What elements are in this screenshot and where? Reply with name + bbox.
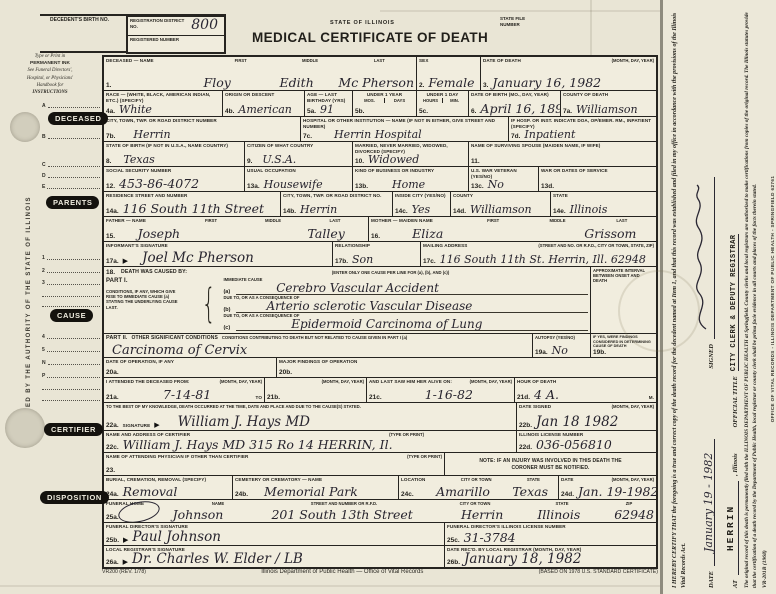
mailing-address-value: 116 South 11th St. Herrin, Ill. 62948	[440, 254, 646, 265]
brace-glyph: {	[202, 277, 216, 333]
field-number: 8.	[106, 158, 111, 165]
arrow-marker-icon: ▶	[154, 422, 159, 429]
col-label: LAST	[345, 58, 414, 63]
section-label-cause: CAUSE	[50, 309, 93, 322]
coroner-note-box: NOTE: IF AN INJURY WAS INVOLVED IN THIS …	[444, 453, 656, 475]
instruction-line: Type or Print in	[8, 53, 92, 60]
date-label: DATE	[708, 571, 715, 588]
signature-label: SIGNATURE	[123, 423, 151, 429]
index-dots	[42, 296, 100, 297]
local-registrar-signature-value: Dr. Charles W. Elder / LB	[132, 553, 303, 567]
official-title-value: CITY CLERK & DEPUTY REGISTRAR	[730, 235, 739, 372]
field-date-of-death: DATE OF DEATH(MONTH, DAY, YEAR) 3.Januar…	[480, 57, 656, 90]
field-sublabel: (MONTH, DAY, YEAR)	[612, 58, 654, 63]
part2-note: CONDITIONS CONTRIBUTING TO DEATH BUT NOT…	[222, 335, 407, 340]
field-number: 13c.	[471, 183, 484, 190]
form-number: VR200 (REV. 1/78)	[102, 569, 146, 575]
marital-status-value: Widowed	[368, 154, 419, 165]
field-citizen-of: CITIZEN OF WHAT COUNTRY 9.U.S.A.	[244, 142, 352, 166]
autopsy-value: No	[552, 345, 568, 356]
cause-main: 18. DEATH WAS CAUSED BY: (ENTER ONLY ONE…	[104, 267, 590, 333]
funeral-home-zip-value: 62948	[614, 509, 654, 522]
field-last-saw-alive: AND LAST SAW HIM HER ALIVE ON:(MONTH, DA…	[366, 378, 514, 402]
col-label: NAME	[178, 501, 258, 506]
field-number: 20a.	[106, 369, 119, 376]
field-sublabel: (TYPE OR PRINT)	[389, 432, 424, 437]
index-mark: 4	[42, 334, 100, 340]
col-label: FIRST	[206, 58, 275, 63]
arrow-marker-icon: ▶	[123, 559, 128, 566]
punch-hole	[10, 112, 40, 142]
col-label: STATE	[527, 477, 540, 482]
location-city-value: Amarillo	[418, 486, 509, 499]
residence-city-value: Herrin	[300, 204, 337, 215]
based-on-note: (BASED ON 1978 U.S. STANDARD CERTIFICATE…	[539, 569, 658, 575]
instruction-line: INSTRUCTIONS	[8, 89, 92, 96]
field-illinois-license: ILLINOIS LICENSE NUMBER 22d.036-056810	[516, 431, 656, 452]
father-first-value: Joseph	[119, 228, 199, 241]
registered-number-label: REGISTERED NUMBER	[130, 37, 190, 43]
row-informant: INFORMANT'S SIGNATURE 17a.▶Joel Mc Phers…	[104, 241, 656, 266]
field-residence-street: RESIDENCE STREET AND NUMBER 14a.116 Sout…	[104, 192, 280, 216]
field-attended-from: I ATTENDED THE DECEASED FROM:(MONTH, DAY…	[104, 378, 264, 402]
field-cemetery: CEMETERY OR CREMATORY — NAME 24b.Memoria…	[232, 476, 398, 499]
signed-label: SIGNED	[708, 344, 715, 369]
field-residence-city: CITY, TOWN, TWP. OR ROAD DISTRICT NO. 14…	[280, 192, 392, 216]
index-mark: A	[42, 103, 100, 109]
funeral-home-name-value: Johnson	[173, 509, 224, 522]
index-mark: D	[42, 173, 100, 179]
field-number: 21b.	[267, 394, 280, 401]
cause-of-death-section: 18. DEATH WAS CAUSED BY: (ENTER ONLY ONE…	[104, 266, 656, 333]
row-certifier-address: NAME AND ADDRESS OF CERTIFIER(TYPE OR PR…	[104, 430, 656, 452]
disposition-date-value: Jan. 19-1982	[578, 486, 656, 499]
field-origin: ORIGIN OR DESCENT 4b.American	[222, 91, 304, 116]
last-name-value: Mc Pherson	[338, 77, 414, 90]
field-number: 9.	[247, 158, 252, 165]
form-footer: VR200 (REV. 1/78) Illinois Department of…	[102, 569, 658, 575]
row-disposition: BURIAL, CREMATION, REMOVAL (SPECIFY) 24a…	[104, 475, 656, 499]
field-number: 22a.	[106, 422, 119, 429]
field-number: 21c.	[369, 394, 382, 401]
department-line: Illinois Department of Public Health — O…	[261, 569, 423, 575]
field-number: 19a.	[535, 349, 548, 356]
attended-from-value: 7-14-81	[123, 389, 252, 402]
decedent-birth-no-label: DECEDENT'S BIRTH NO.	[50, 17, 109, 23]
field-number: 22b.	[519, 422, 532, 429]
field-sublabel: (MONTH, DAY, YEAR)	[220, 379, 262, 384]
funeral-home-state-value: Illinois	[537, 509, 580, 522]
field-number: 24c.	[401, 491, 414, 498]
official-title-label: OFFICIAL TITLE	[732, 376, 739, 427]
funeral-home-city-value: Herrin	[461, 509, 503, 522]
field-mother-name: MOTHER — MAIDEN NAMEFIRSTMIDDLELAST 16.E…	[368, 217, 656, 241]
part2-label: PART II.	[106, 335, 127, 342]
disposition-type-value: Removal	[123, 486, 178, 499]
field-certifier-signature: TO THE BEST OF MY KNOWLEDGE, DEATH OCCUR…	[104, 403, 516, 430]
instruction-line: Handbook for	[8, 82, 92, 89]
index-mark: P	[42, 373, 100, 379]
field-number: 10.	[355, 158, 364, 165]
band-form-number: VR-201B (1968)	[762, 10, 768, 588]
row-race-age: RACE — (WHITE, BLACK, AMERICAN INDIAN, E…	[104, 90, 656, 116]
col-label: STATE	[522, 501, 602, 506]
col-label: CITY OR TOWN	[461, 477, 492, 482]
col-label: MIDDLE	[525, 218, 589, 223]
field-number: 13b.	[355, 183, 368, 190]
index-mark: N	[42, 360, 100, 366]
row-funeral-director: FUNERAL DIRECTOR'S SIGNATURE 25b.▶Paul J…	[104, 522, 656, 545]
field-number: 22c.	[106, 444, 119, 451]
index-dots	[42, 400, 100, 401]
field-number: 24d.	[561, 491, 574, 498]
sex-value: Female	[428, 77, 474, 90]
field-disposition-type: BURIAL, CREMATION, REMOVAL (SPECIFY) 24a…	[104, 476, 232, 499]
col-label: STREET AND NUMBER OR R.F.D.	[260, 501, 428, 506]
col-label: CITY OR TOWN	[430, 501, 520, 506]
field-disposition-date: DATE(MONTH, DAY, YEAR) 24d.Jan. 19-1982	[558, 476, 656, 499]
field-number: 15.	[106, 233, 115, 240]
field-number: 25b.	[106, 537, 119, 544]
field-number: 11.	[471, 158, 480, 165]
field-funeral-director-license: FUNERAL DIRECTOR'S ILLINOIS LICENSE NUMB…	[444, 523, 656, 545]
row-residence: RESIDENCE STREET AND NUMBER 14a.116 Sout…	[104, 191, 656, 216]
field-operation-date: DATE OF OPERATION, IF ANY 20a.	[104, 358, 276, 377]
field-label: AGE — LAST BIRTHDAY (YRS)	[307, 92, 350, 103]
city-of-death-value: Herrin	[133, 129, 170, 140]
cause-note: (ENTER ONLY ONE CAUSE PER LINE FOR (a), …	[193, 270, 588, 275]
field-number: 25a.	[106, 514, 119, 521]
field-under-1-day: UNDER 1 DAY HOURSMIN. 5c.	[416, 91, 468, 116]
field-business: KIND OF BUSINESS OR INDUSTRY 13b.Home	[352, 167, 468, 191]
field-number: 13d.	[541, 183, 554, 190]
certificate-form: DECEASED — NAMEFIRSTMIDDLELAST 1.FloyEdi…	[102, 55, 658, 569]
field-disposition-location: LOCATIONCITY OR TOWNSTATE 24c.AmarilloTe…	[398, 476, 558, 499]
field-relationship: RELATIONSHIP 17b.Son	[332, 242, 420, 266]
row-name: DECEASED — NAMEFIRSTMIDDLELAST 1.FloyEdi…	[104, 57, 656, 90]
business-value: Home	[392, 179, 425, 190]
arrow-marker-icon: ▶	[123, 258, 128, 265]
field-other-significant-conditions: PART II. OTHER SIGNIFICANT CONDITIONS CO…	[104, 334, 532, 357]
field-sublabel: (MONTH, DAY, YEAR)	[470, 379, 512, 384]
embossed-seal	[618, 270, 700, 352]
field-label: RACE — (WHITE, BLACK, AMERICAN INDIAN, E…	[106, 92, 220, 103]
field-race: RACE — (WHITE, BLACK, AMERICAN INDIAN, E…	[104, 91, 222, 116]
field-city-of-death: CITY, TOWN, TWP. OR ROAD DISTRICT NUMBER…	[104, 117, 300, 141]
cause-line-c: (c)Epidermoid Carcinoma of Lung	[223, 318, 588, 331]
field-inside-city: INSIDE CITY (YES/NO) 14c.Yes	[392, 192, 450, 216]
field-number: 4b.	[225, 108, 234, 115]
first-name-value: Floy	[179, 77, 254, 90]
funeral-director-license-value: 31-3784	[464, 532, 516, 545]
field-autopsy: AUTOPSY (YES/NO) 19a.No	[532, 334, 590, 357]
index-mark: 2	[42, 268, 100, 274]
field-war-service: WAR OR DATES OF SERVICE 13d.	[538, 167, 656, 191]
index-mark: B	[42, 134, 100, 140]
field-attending-physician: NAME OF ATTENDING PHYSICIAN IF OTHER THA…	[104, 453, 444, 475]
origin-value: American	[238, 104, 291, 115]
field-number: 13a.	[247, 183, 260, 190]
registered-number-cell: REGISTERED NUMBER	[128, 36, 224, 44]
field-number: 7b.	[106, 133, 115, 140]
field-number: 16.	[371, 233, 380, 240]
certifier-address-value: William J. Hays MD 315 Ro 14 HERRIN, Il.	[123, 439, 393, 452]
col-label: LAST	[304, 218, 366, 223]
row-operation: DATE OF OPERATION, IF ANY 20a. MAJOR FIN…	[104, 357, 656, 377]
field-number: 26b.	[447, 559, 460, 566]
field-marital-status: MARRIED, NEVER MARRIED, WIDOWED, DIVORCE…	[352, 142, 468, 166]
field-sublabel: (TYPE OR PRINT)	[407, 454, 442, 459]
band-form-number-value: VR-201B (1968)	[762, 550, 768, 588]
row-funeral-home: FUNERAL HOME NAME STREET AND NUMBER OR R…	[104, 499, 656, 522]
cause-label: DEATH WAS CAUSED BY:	[121, 269, 187, 276]
relationship-value: Son	[352, 254, 373, 265]
index-mark: 1	[42, 255, 100, 261]
registration-box: REGISTRATION DISTRICT NO. 800 REGISTERED…	[126, 15, 226, 54]
fold-crease	[590, 0, 592, 60]
field-date-of-birth: DATE OF BIRTH (MO., DAY, YEAR) 6.April 1…	[468, 91, 560, 116]
field-local-registrar-signature: LOCAL REGISTRAR'S SIGNATURE 26a.▶Dr. Cha…	[104, 546, 444, 567]
middle-name-value: Edith	[259, 77, 334, 90]
part2-row: PART II. OTHER SIGNIFICANT CONDITIONS CO…	[104, 333, 656, 357]
field-number: 21d.	[517, 394, 530, 401]
section-label-certifier: CERTIFIER	[44, 423, 103, 436]
part2-label2: OTHER SIGNIFICANT CONDITIONS	[131, 335, 217, 341]
field-number: 5c.	[419, 108, 428, 115]
field-certifier-address: NAME AND ADDRESS OF CERTIFIER(TYPE OR PR…	[104, 431, 516, 452]
date-of-birth-value: April 16, 1890	[480, 103, 560, 116]
cemetery-value: Memorial Park	[264, 486, 358, 499]
section-label-disposition: DISPOSITION	[40, 491, 109, 504]
rule	[40, 51, 128, 53]
field-number: 17a.	[106, 258, 119, 265]
index-mark: 3	[42, 280, 100, 286]
registration-district-cell: REGISTRATION DISTRICT NO. 800	[128, 17, 224, 36]
field-sublabel: (MONTH, DAY, YEAR)	[612, 477, 654, 482]
cause-line-b: (b)Arterio sclerotic Vascular Disease	[223, 300, 588, 313]
field-funeral-home: FUNERAL HOME NAME STREET AND NUMBER OR R…	[104, 500, 656, 522]
section-label-parents: PARENTS	[46, 196, 99, 209]
field-number: 26a.	[106, 559, 119, 566]
citizen-value: U.S.A.	[262, 154, 296, 165]
field-number: 1.	[106, 82, 111, 89]
field-number: 19b.	[593, 349, 606, 356]
field-number: 5b.	[355, 108, 364, 115]
field-number: 21a.	[106, 394, 119, 401]
residence-street-value: 116 South 11th Street	[123, 203, 264, 216]
field-number: 17c.	[423, 258, 436, 265]
registration-district-value: 800	[191, 17, 218, 33]
cause-body: PART I. CONDITIONS, IF ANY, WHICH GIVE R…	[104, 277, 590, 333]
residence-state-value: Illinois	[570, 204, 608, 215]
other-conditions-value: Carcinoma of Cervix	[112, 344, 247, 357]
death-certificate-scan: PRINTED BY THE AUTHORITY OF THE STATE OF…	[0, 0, 776, 594]
field-funeral-director-signature: FUNERAL DIRECTOR'S SIGNATURE 25b.▶Paul J…	[104, 523, 444, 545]
row-birth-citizen-marital: STATE OF BIRTH (IF NOT IN U.S.A., NAME C…	[104, 141, 656, 166]
row-attending-physician: NAME OF ATTENDING PHYSICIAN IF OTHER THA…	[104, 452, 656, 475]
cause-line-a: (a)Cerebro Vascular Accident	[223, 282, 588, 295]
informant-signature-value: Joel Mc Pherson	[142, 252, 254, 266]
field-age: AGE — LAST BIRTHDAY (YRS) 5a.91	[304, 91, 352, 116]
index-mark: C	[42, 162, 100, 168]
row-place-of-death: CITY, TOWN, TWP. OR ROAD DISTRICT NUMBER…	[104, 116, 656, 141]
page-title: MEDICAL CERTIFICATE OF DEATH	[252, 30, 488, 45]
hospital-value: Herrin Hospital	[334, 129, 422, 140]
father-last-value: Talley	[286, 228, 366, 241]
field-number: 25c.	[447, 537, 460, 544]
inside-city-value: Yes	[412, 204, 430, 215]
field-under-1-year: UNDER 1 YEAR MOS.DAYS 5b.	[352, 91, 416, 116]
last-saw-alive-value: 1-16-82	[386, 389, 512, 402]
hour-of-death-value: 4 A.	[534, 389, 559, 402]
certifier-signature-value: William J. Hays MD	[178, 416, 310, 430]
part1-label: PART I.	[106, 278, 194, 286]
field-state-of-birth: STATE OF BIRTH (IF NOT IN U.S.A., NAME C…	[104, 142, 244, 166]
col-label: LAST	[590, 218, 654, 223]
line-letter: (c)	[223, 325, 230, 331]
col-label: FIRST	[180, 218, 242, 223]
field-number: 12.	[106, 183, 115, 190]
date-signed-value: Jan 18 1982	[536, 416, 618, 430]
field-hour-of-death: HOUR OF DEATH 21d.4 A.M.	[514, 378, 656, 402]
at-title-line: AT HERRIN , Illinois OFFICIAL TITLE CITY…	[720, 0, 739, 588]
state-of-illinois-label: STATE OF ILLINOIS	[330, 20, 395, 26]
age-value: 91	[320, 104, 334, 115]
punch-hole	[5, 408, 45, 448]
field-attended-to: (MONTH, DAY, YEAR) 21b.	[264, 378, 366, 402]
race-value: White	[119, 104, 152, 115]
field-number: 20b.	[279, 369, 292, 376]
instruction-line: See Funeral Directors',	[8, 67, 92, 74]
field-number: 14b.	[283, 208, 296, 215]
ink-instructions: Type or Print in PERMANENT INK See Funer…	[8, 53, 92, 96]
to-label: TO	[256, 395, 263, 401]
field-number: 17b.	[335, 258, 348, 265]
cause-a-value: Cerebro Vascular Accident	[236, 282, 588, 295]
field-veteran: U.S. WAR VETERAN (YES/NO) 13c.No	[468, 167, 538, 191]
field-number: 2.	[419, 82, 424, 89]
row-ssn-occupation: SOCIAL SECURITY NUMBER 12.453-86-4072 US…	[104, 166, 656, 191]
part1-gutter: PART I. CONDITIONS, IF ANY, WHICH GIVE R…	[104, 277, 196, 333]
row-attended: I ATTENDED THE DECEASED FROM:(MONTH, DAY…	[104, 377, 656, 402]
field-number: 14e.	[553, 208, 566, 215]
occupation-value: Housewife	[264, 179, 323, 190]
field-number: 22d.	[519, 444, 532, 451]
row-local-registrar: LOCAL REGISTRAR'S SIGNATURE 26a.▶Dr. Cha…	[104, 545, 656, 567]
funeral-home-street-value: 201 South 13th Street	[227, 509, 457, 522]
field-deceased-name: DECEASED — NAMEFIRSTMIDDLELAST 1.FloyEdi…	[104, 57, 416, 90]
cause-c-value: Epidermoid Carcinoma of Lung	[236, 318, 588, 331]
cause-lines: IMMEDIATE CAUSE (a)Cerebro Vascular Acci…	[221, 277, 590, 333]
col-label: ZIP	[604, 501, 654, 506]
col-label: MIDDLE	[275, 58, 344, 63]
at-label: AT	[732, 580, 739, 588]
field-number: 24b.	[235, 491, 248, 498]
row-parents: FATHER — NAMEFIRSTMIDDLELAST 15.JosephTa…	[104, 216, 656, 241]
residence-county-value: Williamson	[470, 204, 532, 215]
part1-conditions-note: CONDITIONS, IF ANY, WHICH GIVE RISE TO I…	[106, 289, 184, 309]
funeral-director-signature-value: Paul Johnson	[132, 531, 221, 545]
ssn-value: 453-86-4072	[119, 178, 199, 191]
field-number: 4a.	[106, 108, 115, 115]
field-number: 18.	[106, 269, 115, 276]
state-file-number-label: STATE FILE NUMBER	[500, 16, 536, 28]
arrow-marker-icon: ▶	[123, 537, 128, 544]
row-certifier-signature: TO THE BEST OF MY KNOWLEDGE, DEATH OCCUR…	[104, 402, 656, 430]
field-number: 14d.	[453, 208, 466, 215]
state-of-birth-value: Texas	[123, 154, 154, 165]
field-operation-findings: MAJOR FINDINGS OF OPERATION 20b.	[276, 358, 656, 377]
field-father-name: FATHER — NAMEFIRSTMIDDLELAST 15.JosephTa…	[104, 217, 368, 241]
field-county-of-death: COUNTY OF DEATH 7a.Williamson	[560, 91, 656, 116]
coroner-note: NOTE: IF AN INJURY WAS INVOLVED IN THIS …	[466, 458, 636, 471]
index-mark: 5	[42, 347, 100, 353]
veteran-value: No	[488, 179, 504, 190]
illinois-suffix: , Illinois	[732, 453, 739, 475]
field-date-signed: DATE SIGNED(MONTH, DAY, YEAR) 22b.Jan 18…	[516, 403, 656, 430]
inpatient-status-value: Inpatient	[524, 129, 575, 140]
field-number: 23.	[106, 467, 115, 474]
field-ssn: SOCIAL SECURITY NUMBER 12.453-86-4072	[104, 167, 244, 191]
at-place-stamp: HERRIN	[725, 505, 736, 551]
filed-paragraph: The original record of this death is per…	[744, 10, 759, 588]
field-sublabel: (MONTH, DAY, YEAR)	[612, 404, 654, 409]
field-number: 7a.	[563, 108, 572, 115]
field-number: 7d.	[511, 133, 520, 140]
registration-district-label: REGISTRATION DISTRICT NO.	[130, 18, 190, 29]
field-sex: SEX 2.Female	[416, 57, 480, 90]
field-number: 6.	[471, 108, 476, 115]
col-label: FIRST	[461, 218, 525, 223]
cause-header: 18. DEATH WAS CAUSED BY: (ENTER ONLY ONE…	[104, 267, 590, 277]
field-registrar-date-received: DATE REC'D. BY LOCAL REGISTRAR (MONTH, D…	[444, 546, 656, 567]
field-number: 7c.	[303, 133, 312, 140]
field-residence-state: STATE 14e.Illinois	[550, 192, 656, 216]
location-state-value: Texas	[512, 486, 548, 499]
field-occupation: USUAL OCCUPATION 13a.Housewife	[244, 167, 352, 191]
instruction-line: Hospital, or Physicians'	[8, 75, 92, 82]
certification-date-value: January 19 - 1982	[703, 439, 715, 566]
col-label: MIDDLE	[242, 218, 304, 223]
mother-first-value: Eliza	[384, 228, 471, 241]
field-number: 14c.	[395, 208, 408, 215]
field-inpatient-status: IF HOSP. OR INST. INDICATE DOA, OP/EMER.…	[508, 117, 656, 141]
field-informant-signature: INFORMANT'S SIGNATURE 17a.▶Joel Mc Phers…	[104, 242, 332, 266]
county-of-death-value: Williamson	[576, 104, 638, 115]
license-number-value: 036-056810	[536, 439, 612, 452]
index-dots	[42, 389, 100, 390]
instruction-line: PERMANENT INK	[8, 60, 92, 67]
field-surviving-spouse: NAME OF SURVIVING SPOUSE (MAIDEN NAME, I…	[468, 142, 656, 166]
fold-crease	[380, 10, 660, 12]
section-label-deceased: DECEASED	[48, 112, 108, 125]
meridiem-label: M.	[649, 395, 654, 401]
registrar-date-received-value: January 18, 1982	[464, 553, 581, 567]
office-of-vital-records-line: OFFICE OF VITAL RECORDS - ILLINOIS DEPAR…	[770, 10, 775, 588]
field-hospital: HOSPITAL OR OTHER INSTITUTION — NAME (IF…	[300, 117, 508, 141]
cause-b-value: Arterio sclerotic Vascular Disease	[236, 300, 588, 313]
mother-last-value: Grissom	[567, 228, 654, 241]
field-number: 5a.	[307, 108, 316, 115]
date-of-death-value: January 16, 1982	[492, 77, 601, 90]
field-residence-county: COUNTY 14d.Williamson	[450, 192, 550, 216]
field-sublabel: (STREET AND NO. OR R.F.D., CITY OR TOWN,…	[538, 243, 654, 248]
index-dots	[42, 306, 100, 307]
field-number: 3.	[483, 82, 488, 89]
field-mailing-address: MAILING ADDRESS(STREET AND NO. OR R.F.D.…	[420, 242, 656, 266]
field-number: 14a.	[106, 208, 119, 215]
certification-band: I HEREBY CERTIFY THAT the foregoing is a…	[660, 0, 776, 594]
